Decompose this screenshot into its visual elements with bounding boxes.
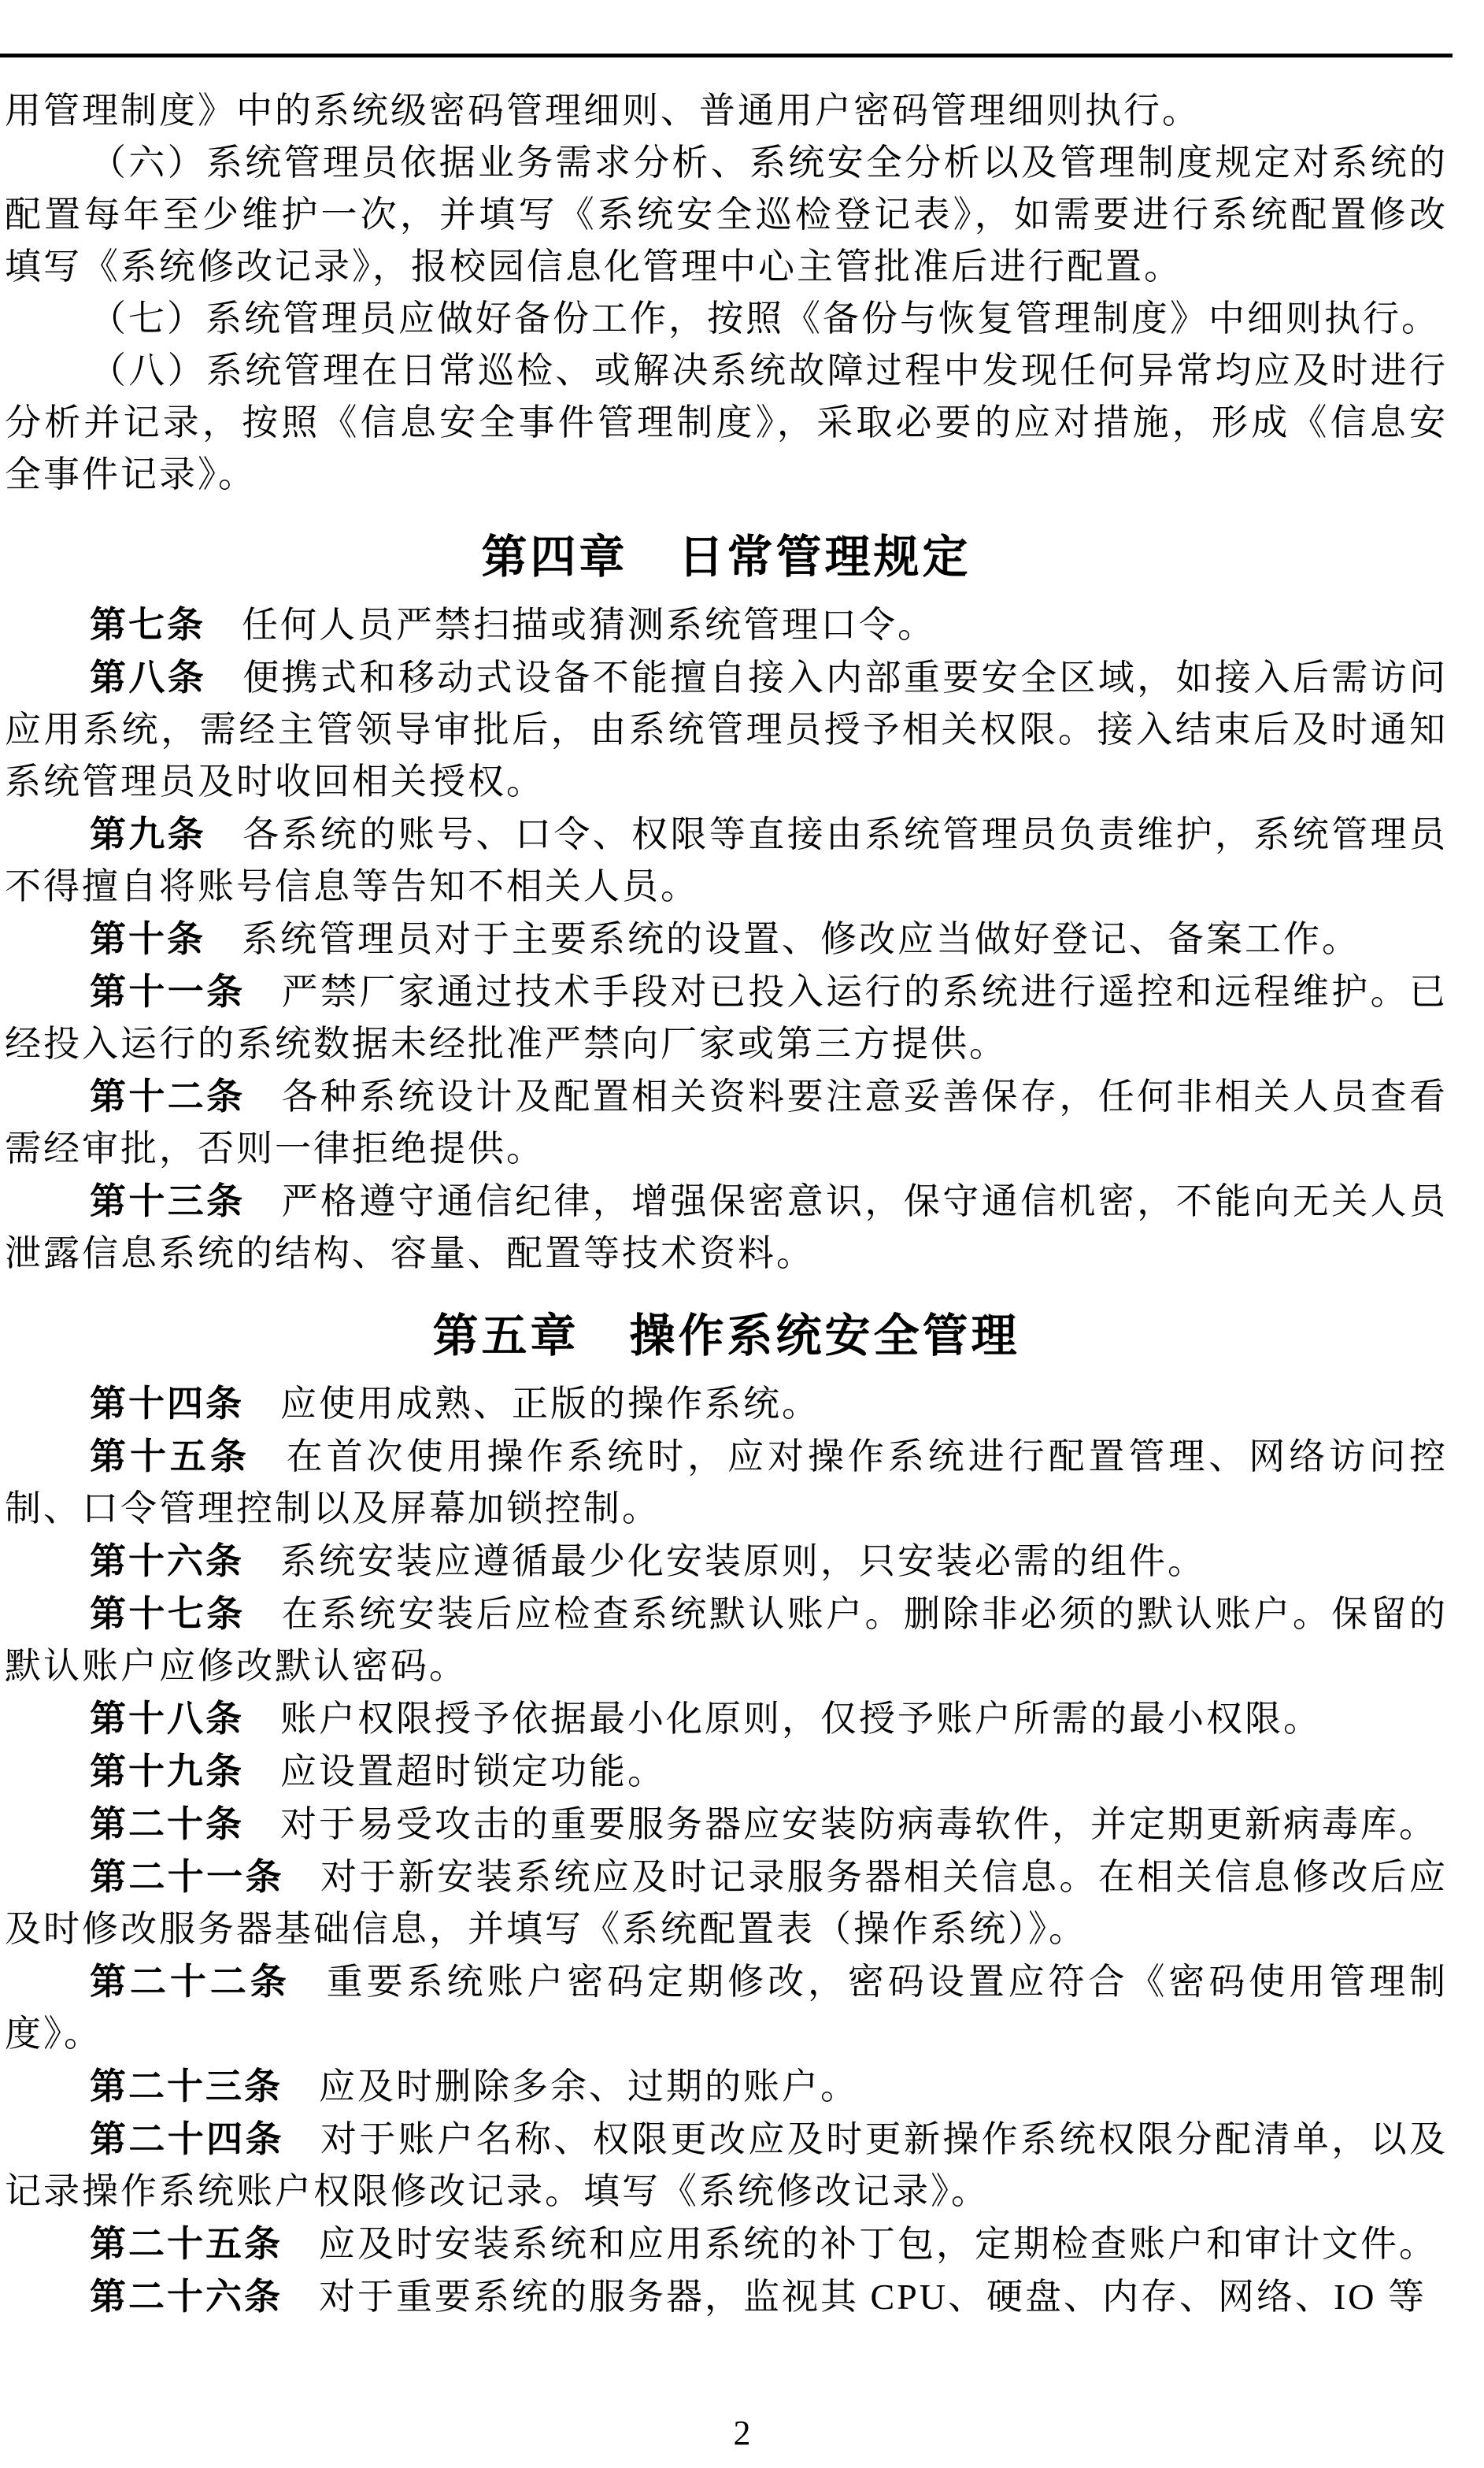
article-paragraph: 第十一条严禁厂家通过技术手段对已投入运行的系统进行遥控和远程维护。已经投入运行的… [5,965,1448,1070]
continuation-paragraph: 用管理制度》中的系统级密码管理细则、普通用户密码管理细则执行。 [5,85,1448,137]
article-paragraph: 第二十五条应及时安装系统和应用系统的补丁包，定期检查账户和审计文件。 [5,2218,1448,2270]
article-paragraph: 第二十四条对于账户名称、权限更改应及时更新操作系统权限分配清单，以及记录操作系统… [5,2113,1448,2218]
chapter-5-number: 第五章 [432,1310,579,1362]
article-text: 应及时删除多余、过期的账户。 [319,2066,859,2107]
article-paragraph: 第七条任何人员严禁扫描或猜测系统管理口令。 [5,598,1448,651]
article-number: 第二十二条 [90,1961,291,2002]
article-text: 各系统的账号、口令、权限等直接由系统管理员负责维护，系统管理员不得擅自将账号信息… [5,814,1448,906]
article-text: 账户权限授予依据最小化原则，仅授予账户所需的最小权限。 [280,1699,1322,1739]
article-number: 第二十一条 [90,1856,284,1897]
intro-paragraph-7: （七）系统管理员应做好备份工作，按照《备份与恢复管理制度》中细则执行。 [5,293,1448,345]
article-paragraph: 第十五条在首次使用操作系统时，应对操作系统进行配置管理、网络访问控制、口令管理控… [5,1430,1448,1535]
intro-paragraph-8: （八）系统管理在日常巡检、或解决系统故障过程中发现任何异常均应及时进行分析并记录… [5,345,1448,501]
article-text: 对于重要系统的服务器，监视其 CPU、硬盘、内存、网络、IO 等 [319,2277,1427,2317]
article-text: 任何人员严禁扫描或猜测系统管理口令。 [242,605,936,645]
article-paragraph: 第十二条各种系统设计及配置相关资料要注意妥善保存，任何非相关人员查看需经审批，否… [5,1070,1448,1175]
article-paragraph: 第十条系统管理员对于主要系统的设置、修改应当做好登记、备案工作。 [5,913,1448,965]
chapter-4-number: 第四章 [481,532,627,583]
article-number: 第二十六条 [90,2276,283,2317]
article-number: 第十八条 [90,1698,244,1739]
article-text: 对于易受攻击的重要服务器应安装防病毒软件，并定期更新病毒库。 [280,1804,1438,1844]
article-paragraph: 第二十条对于易受攻击的重要服务器应安装防病毒软件，并定期更新病毒库。 [5,1798,1448,1851]
article-text: 便携式和移动式设备不能擅自接入内部重要安全区域，如接入后需访问应用系统，需经主管… [5,658,1448,802]
chapter-4-heading: 第四章日常管理规定 [5,526,1448,589]
article-number: 第十一条 [90,971,246,1012]
article-number: 第十七条 [90,1593,246,1634]
article-paragraph: 第二十二条重要系统账户密码定期修改，密码设置应符合《密码使用管理制度》。 [5,1955,1448,2060]
page-number: 2 [734,2414,751,2452]
article-paragraph: 第二十三条应及时删除多余、过期的账户。 [5,2060,1448,2113]
article-paragraph: 第十七条在系统安装后应检查系统默认账户。删除非必须的默认账户。保留的默认账户应修… [5,1588,1448,1692]
article-paragraph: 第十三条严格遵守通信纪律，增强保密意识，保守通信机密，不能向无关人员泄露信息系统… [5,1175,1448,1280]
article-paragraph: 第八条便携式和移动式设备不能擅自接入内部重要安全区域，如接入后需访问应用系统，需… [5,651,1448,808]
article-paragraph: 第二十一条对于新安装系统应及时记录服务器相关信息。在相关信息修改后应及时修改服务… [5,1851,1448,1955]
article-text: 应使用成熟、正版的操作系统。 [280,1384,820,1424]
article-number: 第十三条 [90,1180,246,1221]
chapter-5-title: 操作系统安全管理 [630,1310,1020,1362]
intro-paragraph-6: （六）系统管理员依据业务需求分析、系统安全分析以及管理制度规定对系统的配置每年至… [5,137,1448,293]
page-body: 用管理制度》中的系统级密码管理细则、普通用户密码管理细则执行。 （六）系统管理员… [5,85,1448,2323]
page-footer: 2 [0,2408,1484,2459]
article-number: 第七条 [90,604,205,645]
document-page: 用管理制度》中的系统级密码管理细则、普通用户密码管理细则执行。 （六）系统管理员… [0,0,1484,2468]
article-paragraph: 第十四条应使用成熟、正版的操作系统。 [5,1377,1448,1430]
article-paragraph: 第十九条应设置超时锁定功能。 [5,1745,1448,1798]
article-paragraph: 第十六条系统安装应遵循最少化安装原则，只安装必需的组件。 [5,1535,1448,1588]
article-number: 第十二条 [90,1076,246,1117]
article-text: 应设置超时锁定功能。 [280,1751,666,1792]
article-number: 第十条 [90,918,205,959]
article-number: 第二十条 [90,1803,244,1844]
header-rule [0,54,1453,57]
chapter-4-title: 日常管理规定 [679,532,971,583]
article-paragraph: 第十八条账户权限授予依据最小化原则，仅授予账户所需的最小权限。 [5,1692,1448,1745]
article-number: 第十四条 [90,1383,244,1424]
article-number: 第二十三条 [90,2066,283,2107]
article-number: 第九条 [90,813,206,854]
chapter-5-heading: 第五章操作系统安全管理 [5,1305,1448,1368]
article-paragraph: 第九条各系统的账号、口令、权限等直接由系统管理员负责维护，系统管理员不得擅自将账… [5,808,1448,913]
article-number: 第二十五条 [90,2223,283,2264]
article-number: 第二十四条 [90,2118,284,2159]
article-paragraph: 第二十六条对于重要系统的服务器，监视其 CPU、硬盘、内存、网络、IO 等 [5,2270,1448,2323]
article-text: 系统安装应遵循最少化安装原则，只安装必需的组件。 [280,1541,1206,1581]
article-number: 第十五条 [90,1436,250,1477]
article-number: 第八条 [90,657,206,698]
article-text: 应及时安装系统和应用系统的补丁包，定期检查账户和审计文件。 [319,2224,1438,2264]
article-text: 系统管理员对于主要系统的设置、修改应当做好登记、备案工作。 [242,919,1360,959]
article-number: 第十九条 [90,1751,244,1792]
article-number: 第十六条 [90,1540,244,1581]
